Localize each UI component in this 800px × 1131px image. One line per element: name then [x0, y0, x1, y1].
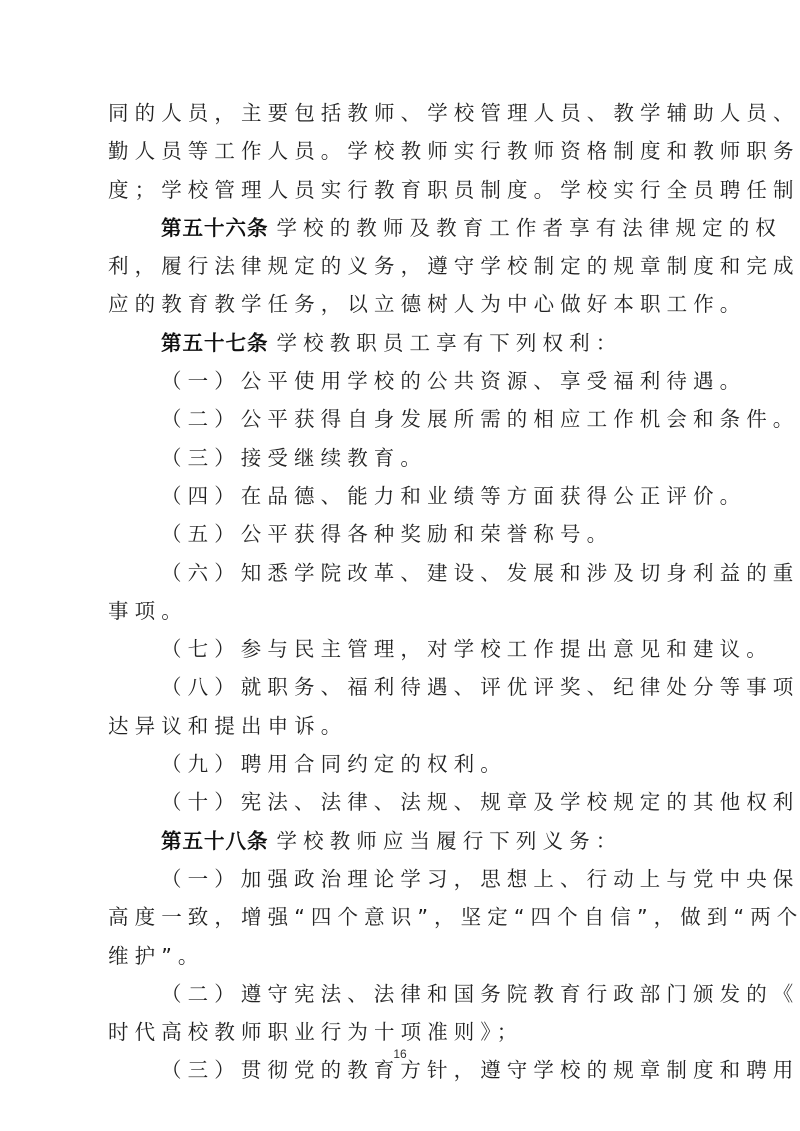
line-text: （三）接受继续教育。	[161, 446, 427, 470]
line-text: 高度一致，增强“四个意识”，坚定“四个自信”，做到“两个	[108, 905, 800, 929]
text-line: （八）就职务、福利待遇、评优评奖、纪律处分等事项表	[108, 668, 698, 706]
line-text: （五）公平获得各种奖励和荣誉称号。	[161, 522, 613, 546]
line-text: （二）遵守宪法、法律和国务院教育行政部门颁发的《新	[161, 982, 800, 1006]
article-line: 第五十八条学校教师应当履行下列义务：	[108, 822, 698, 860]
text-line: 达异议和提出申诉。	[108, 707, 698, 745]
text-line: 事项。	[108, 592, 698, 630]
text-line: （二）公平获得自身发展所需的相应工作机会和条件。	[108, 400, 698, 438]
line-text: 学校教职员工享有下列权利：	[277, 331, 623, 355]
text-line: 应的教育教学任务，以立德树人为中心做好本职工作。	[108, 285, 698, 323]
article-heading: 第五十六条	[161, 216, 269, 240]
line-text: （六）知悉学院改革、建设、发展和涉及切身利益的重大	[161, 561, 800, 585]
line-text: （一）公平使用学校的公共资源、享受福利待遇。	[161, 369, 746, 393]
line-text: 维护”。	[108, 944, 205, 968]
line-text: 学校的教师及教育工作者享有法律规定的权	[277, 216, 782, 240]
text-line: （三）接受继续教育。	[108, 439, 698, 477]
text-line: 度；学校管理人员实行教育职员制度。学校实行全员聘任制度。	[108, 171, 698, 209]
text-line: （一）公平使用学校的公共资源、享受福利待遇。	[108, 362, 698, 400]
text-line: （五）公平获得各种奖励和荣誉称号。	[108, 515, 698, 553]
text-line: 高度一致，增强“四个意识”，坚定“四个自信”，做到“两个	[108, 898, 698, 936]
line-text: （七）参与民主管理，对学校工作提出意见和建议。	[161, 637, 773, 661]
text-line: （十）宪法、法律、法规、规章及学校规定的其他权利。	[108, 783, 698, 821]
article-heading: 第五十七条	[161, 331, 269, 355]
article-heading: 第五十八条	[161, 829, 269, 853]
document-body: 同的人员，主要包括教师、学校管理人员、教学辅助人员、工勤人员等工作人员。学校教师…	[108, 94, 698, 1090]
text-line: （六）知悉学院改革、建设、发展和涉及切身利益的重大	[108, 554, 698, 592]
text-line: 维护”。	[108, 937, 698, 975]
line-text: 时代高校教师职业行为十项准则》；	[108, 1020, 523, 1044]
text-line: （一）加强政治理论学习，思想上、行动上与党中央保持	[108, 860, 698, 898]
text-line: 勤人员等工作人员。学校教师实行教师资格制度和教师职务制	[108, 132, 698, 170]
line-text: 利，履行法律规定的义务，遵守学校制定的规章制度和完成相	[108, 254, 800, 278]
line-text: 达异议和提出申诉。	[108, 714, 347, 738]
line-text: （十）宪法、法律、法规、规章及学校规定的其他权利。	[161, 790, 800, 814]
line-text: 应的教育教学任务，以立德树人为中心做好本职工作。	[108, 292, 746, 316]
text-line: 利，履行法律规定的义务，遵守学校制定的规章制度和完成相	[108, 247, 698, 285]
line-text: （四）在品德、能力和业绩等方面获得公正评价。	[161, 484, 746, 508]
line-text: （九）聘用合同约定的权利。	[161, 752, 507, 776]
text-line: 同的人员，主要包括教师、学校管理人员、教学辅助人员、工	[108, 94, 698, 132]
line-text: （二）公平获得自身发展所需的相应工作机会和条件。	[161, 407, 799, 431]
article-line: 第五十六条学校的教师及教育工作者享有法律规定的权	[108, 209, 698, 247]
text-line: （七）参与民主管理，对学校工作提出意见和建议。	[108, 630, 698, 668]
text-line: 时代高校教师职业行为十项准则》；	[108, 1013, 698, 1051]
page-number: 16	[0, 1047, 800, 1061]
line-text: 勤人员等工作人员。学校教师实行教师资格制度和教师职务制	[108, 139, 800, 163]
line-text: 事项。	[108, 599, 188, 623]
line-text: 学校教师应当履行下列义务：	[277, 829, 623, 853]
article-line: 第五十七条学校教职员工享有下列权利：	[108, 324, 698, 362]
text-line: （二）遵守宪法、法律和国务院教育行政部门颁发的《新	[108, 975, 698, 1013]
document-page: 同的人员，主要包括教师、学校管理人员、教学辅助人员、工勤人员等工作人员。学校教师…	[0, 0, 800, 1131]
line-text: （三）贯彻党的教育方针，遵守学校的规章制度和聘用合	[161, 1058, 800, 1082]
text-line: （九）聘用合同约定的权利。	[108, 745, 698, 783]
line-text: 度；学校管理人员实行教育职员制度。学校实行全员聘任制度。	[108, 178, 800, 202]
text-line: （四）在品德、能力和业绩等方面获得公正评价。	[108, 477, 698, 515]
line-text: （八）就职务、福利待遇、评优评奖、纪律处分等事项表	[161, 675, 800, 699]
line-text: （一）加强政治理论学习，思想上、行动上与党中央保持	[161, 867, 800, 891]
line-text: 同的人员，主要包括教师、学校管理人员、教学辅助人员、工	[108, 101, 800, 125]
